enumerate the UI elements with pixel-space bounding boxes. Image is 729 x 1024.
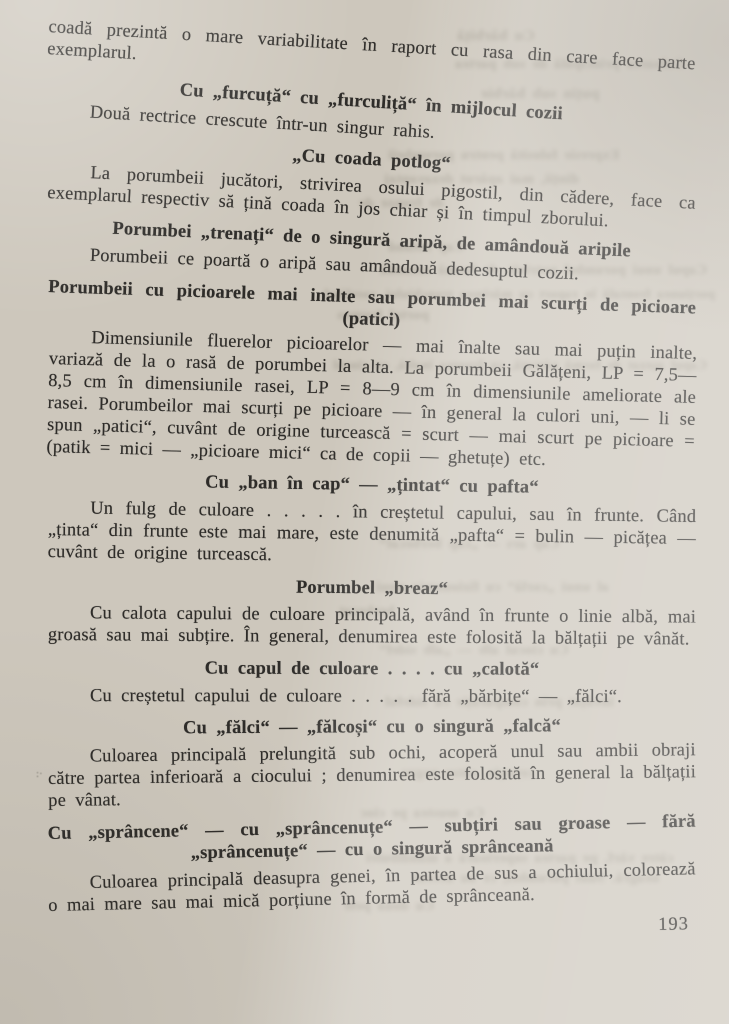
book-page-photo: { "page": { "number": "193", "sections":… (0, 0, 729, 1024)
heading-17: Cu „sprâncene“ — cu „sprâncenuțe“ — subț… (48, 810, 697, 866)
paragraph-18: Culoarea principală deasupra genei, în p… (48, 857, 697, 916)
ink-smudge: :· (36, 768, 43, 780)
heading-15: Cu „fălci“ — „fălcoși“ cu o singură „fal… (48, 714, 696, 739)
page-number: 193 (0, 914, 729, 948)
paragraph-12: Cu calota capului de culoare principală,… (48, 601, 696, 650)
paragraph-10: Un fulg de culoare . . . . . în creștetu… (48, 496, 697, 571)
heading-9: Cu „ban în cap“ — „țintat“ cu pafta“ (48, 468, 696, 500)
paragraph-16: Culoarea principală prelungită sub ochi,… (48, 738, 697, 811)
page-content: coadă prezintă o mare variabilitate în r… (0, 0, 729, 916)
paragraph-8: Dimensiunile fluerelor picioarelor — mai… (46, 325, 697, 474)
heading-13: Cu capul de culoare . . . . cu „calotă“ (48, 656, 696, 680)
heading-11: Porumbel „breaz“ (48, 573, 696, 602)
paragraph-14: Cu creștetul capului de culoare . . . . … (48, 684, 696, 707)
